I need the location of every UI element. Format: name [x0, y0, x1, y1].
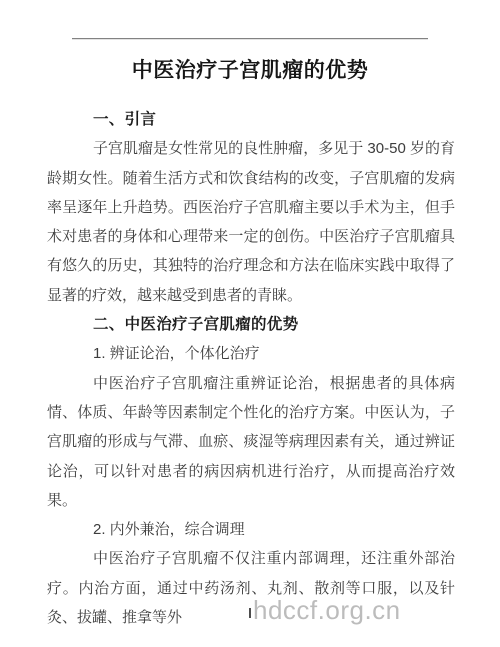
subsection-heading-2: 2. 内外兼治，综合调理: [47, 515, 455, 544]
paragraph-intro: 子宫肌瘤是女性常见的良性肿瘤，多见于 30-50 岁的育龄期女性。随着生活方式和…: [47, 134, 455, 310]
text-cursor: [249, 608, 251, 618]
header-rule: [72, 38, 428, 39]
section-heading-advantages: 二、中医治疗子宫肌瘤的优势: [47, 310, 455, 339]
paragraph-subsection-1: 中医治疗子宫肌瘤注重辨证论治，根据患者的具体病情、体质、年龄等因素制定个性化的治…: [47, 369, 455, 515]
subsection-heading-1: 1. 辨证论治，个体化治疗: [47, 339, 455, 368]
watermark: hdccf.org.cn: [253, 594, 401, 626]
document-title: 中医治疗子宫肌瘤的优势: [0, 56, 500, 86]
document-body: 一、引言 子宫肌瘤是女性常见的良性肿瘤，多见于 30-50 岁的育龄期女性。随着…: [47, 105, 455, 632]
section-heading-intro: 一、引言: [47, 105, 455, 134]
document-page: 中医治疗子宫肌瘤的优势 一、引言 子宫肌瘤是女性常见的良性肿瘤，多见于 30-5…: [0, 0, 500, 647]
